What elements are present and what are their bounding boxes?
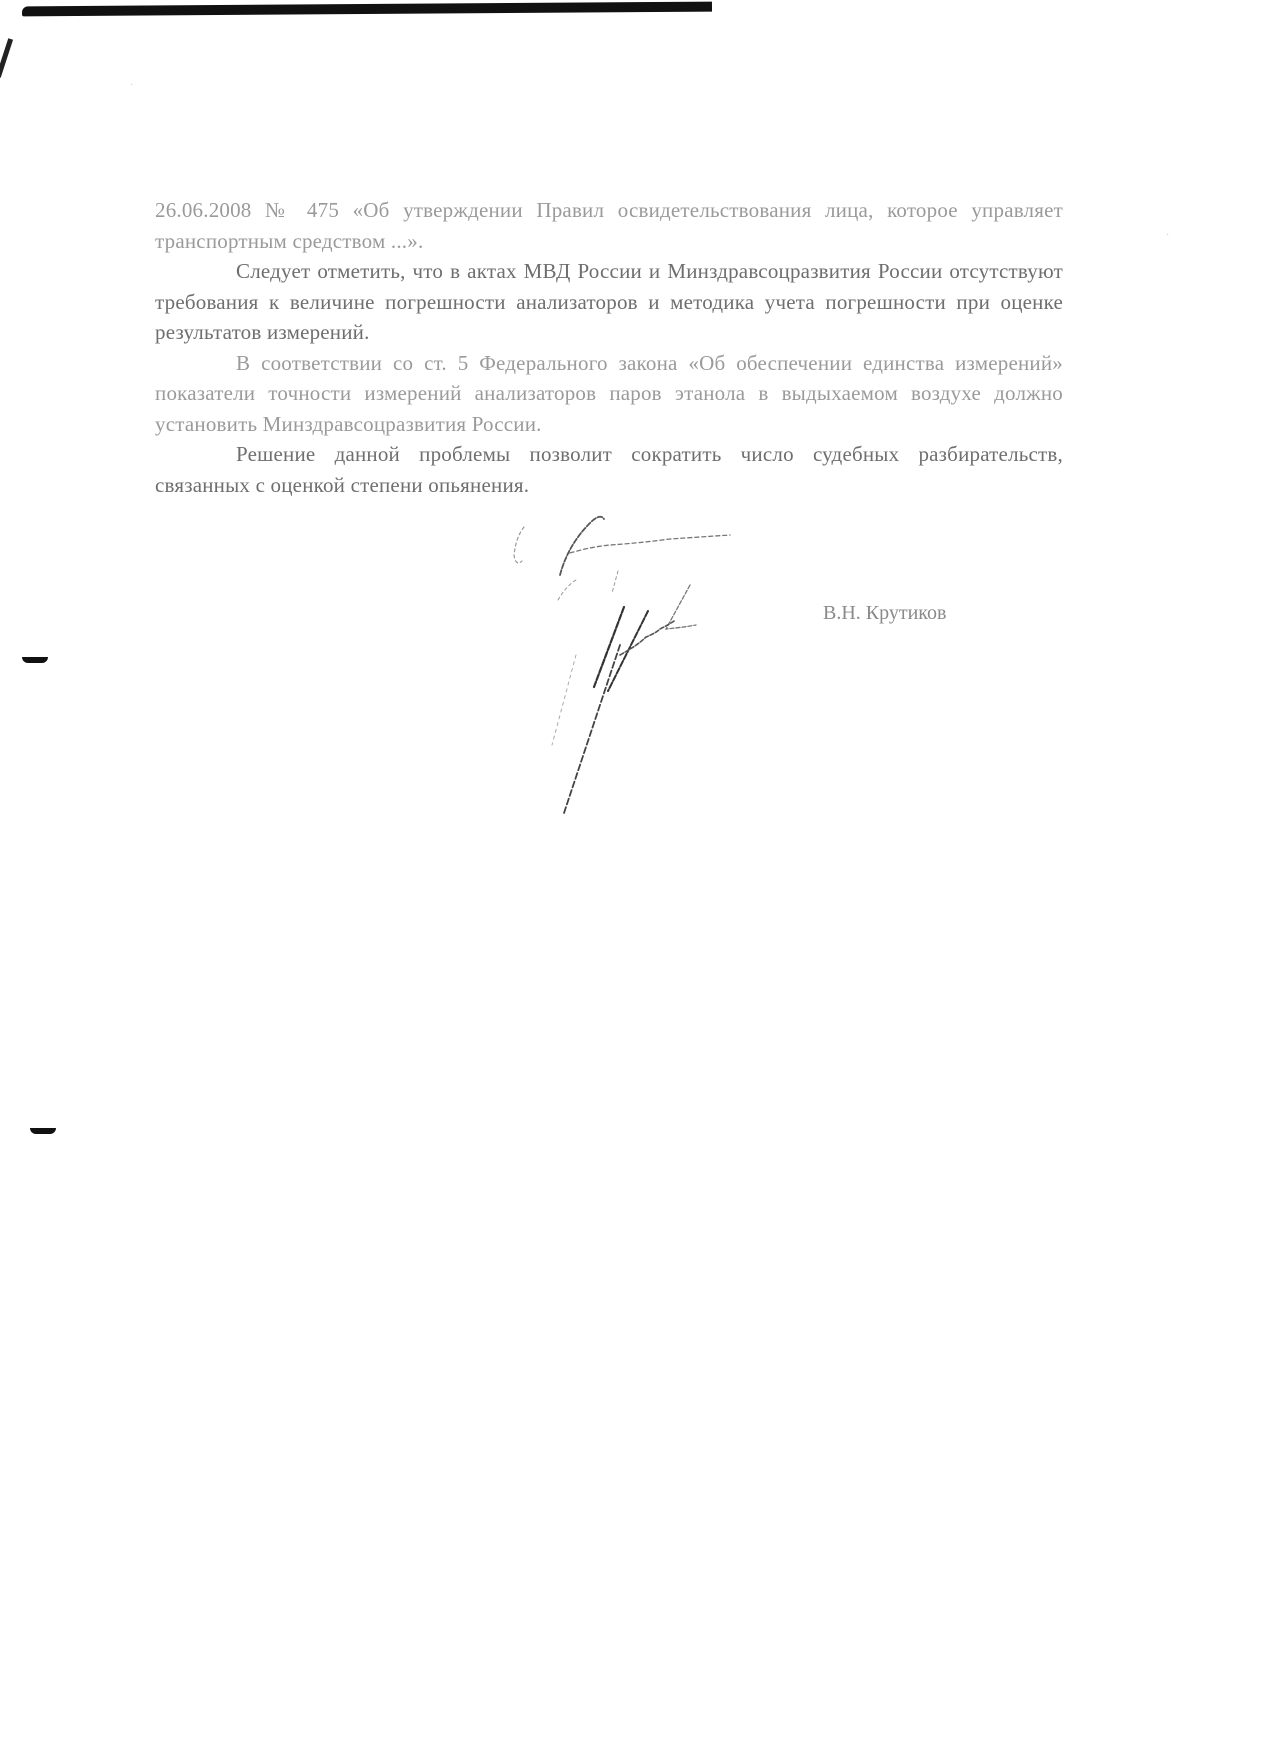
scan-speck: · [130, 80, 133, 91]
hole-punch-mark-lower [30, 1128, 56, 1134]
scan-edge-left-tick [0, 38, 13, 78]
hole-punch-mark-upper [22, 657, 48, 663]
paragraph-4: Решение данной проблемы позволит сократи… [155, 439, 1063, 500]
scan-edge-top-stroke [22, 2, 712, 17]
handwritten-signature [500, 505, 800, 815]
paragraph-2: Следует отметить, что в актах МВД России… [155, 256, 1063, 348]
letter-body: 26.06.2008 № 475 «Об утверждении Правил … [155, 195, 1063, 500]
signer-name: В.Н. Крутиков [823, 602, 946, 625]
paragraph-1: 26.06.2008 № 475 «Об утверждении Правил … [155, 195, 1063, 256]
paragraph-3: В соответствии со ст. 5 Федерального зак… [155, 348, 1063, 440]
scan-speck: · [1166, 230, 1169, 241]
